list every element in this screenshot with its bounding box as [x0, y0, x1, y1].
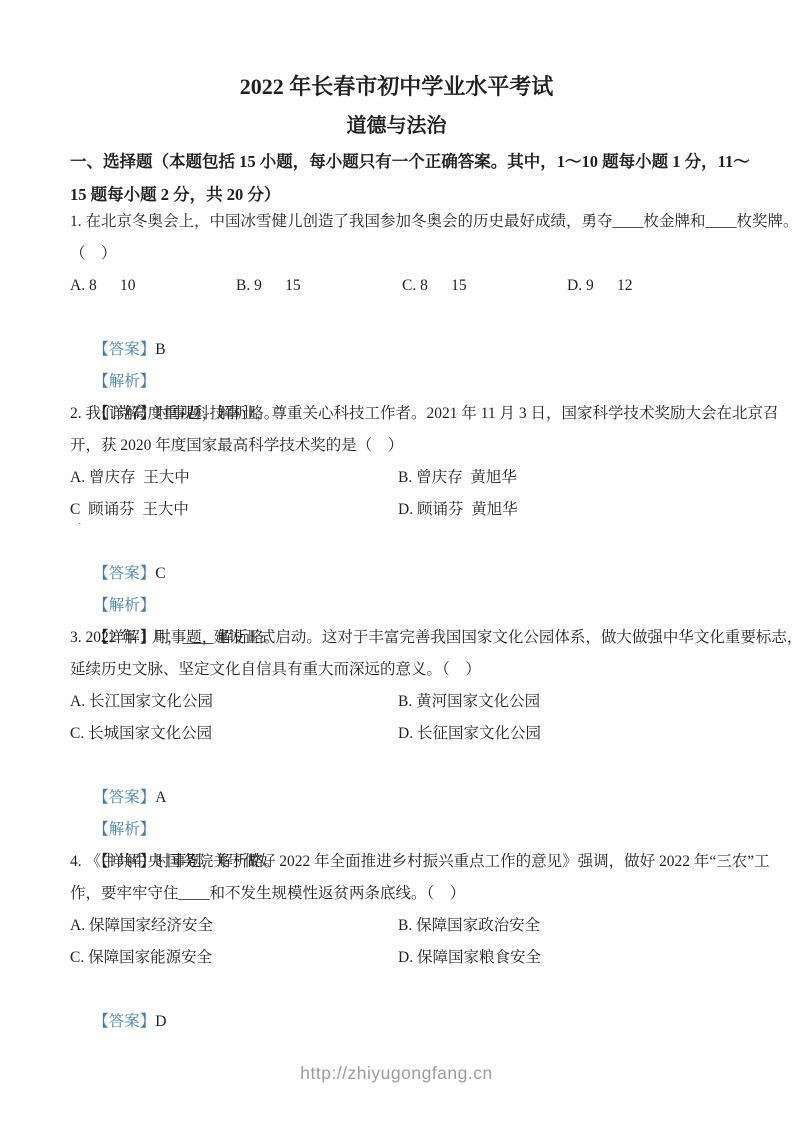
question-3-analysis-line: 【解析】	[70, 782, 725, 814]
question-4-stem-cont: 作，要牢牢守住____和不发生规模性返贫两条底线。（ ）	[70, 878, 725, 910]
question-4-option-b: B. 保障国家政治安全	[398, 910, 540, 942]
question-2-detail-line: 【详解】时事题，解析略。	[70, 590, 725, 622]
question-4-option-d: D. 保障国家粮食安全	[398, 942, 541, 974]
question-2-option-a: A. 曾庆存 王大中	[70, 462, 190, 494]
question-1-options-row: A. 8 10 B. 9 15 C. 8 15 D. 9 12	[70, 270, 725, 302]
questions-content: 1. 在北京冬奥会上，中国冰雪健儿创造了我国参加冬奥会的历史最好成绩，勇夺___…	[70, 206, 725, 1006]
section-heading: 一、选择题（本题包括 15 小题，每小题只有一个正确答案。其中，1～10 题每小…	[70, 145, 730, 211]
question-2-options-row-2: C 顾诵芬 王大中ˏ D. 顾诵芬 黄旭华	[70, 494, 725, 526]
exam-document-page: 2022 年长春市初中学业水平考试 道德与法治 一、选择题（本题包括 15 小题…	[0, 0, 793, 1122]
question-4-options-row-1: A. 保障国家经济安全 B. 保障国家政治安全	[70, 910, 725, 942]
question-4-stem: 4. 《中共中央 国务院关于做好 2022 年全面推进乡村振兴重点工作的意见》强…	[70, 846, 725, 878]
question-4-options-row-2: C. 保障国家能源安全 D. 保障国家粮食安全	[70, 942, 725, 974]
question-4-answer-line: 【答案】D	[70, 974, 725, 1006]
question-2-option-b: B. 曾庆存 黄旭华	[398, 462, 517, 494]
question-1-option-d: D. 9 12	[567, 270, 632, 302]
watermark-url: http://zhiyugongfang.cn	[0, 1063, 793, 1084]
stray-mark: ˏ	[78, 515, 81, 525]
question-1-stem-cont: （ ）	[70, 238, 725, 270]
question-2-option-c: C 顾诵芬 王大中ˏ	[70, 494, 189, 526]
question-2-answer-line: 【答案】C	[70, 526, 725, 558]
answer-label: 【答案】	[93, 1013, 155, 1030]
question-3-answer-line: 【答案】A	[70, 750, 725, 782]
question-4-option-a: A. 保障国家经济安全	[70, 910, 213, 942]
question-3-option-c: C. 长城国家文化公园	[70, 718, 212, 750]
question-1-detail-line: 【详解】时事题，解析略。	[70, 366, 725, 398]
question-3-options-row-1: A. 长江国家文化公园 B. 黄河国家文化公园	[70, 686, 725, 718]
question-2-option-d: D. 顾诵芬 黄旭华	[398, 494, 518, 526]
question-3-option-b: B. 黄河国家文化公园	[398, 686, 540, 718]
question-2-analysis-line: 【解析】	[70, 558, 725, 590]
section-heading-line-1: 一、选择题（本题包括 15 小题，每小题只有一个正确答案。其中，1～10 题每小…	[70, 145, 730, 178]
question-1-option-a: A. 8 10	[70, 270, 135, 302]
question-1-stem: 1. 在北京冬奥会上，中国冰雪健儿创造了我国参加冬奥会的历史最好成绩，勇夺___…	[70, 206, 725, 238]
question-4-answer-value: D	[155, 1013, 166, 1030]
question-1-answer-line: 【答案】B	[70, 302, 725, 334]
question-3-stem: 3. 2022 年 1 月，____建设正式启动。这对于丰富完善我国国家文化公园…	[70, 622, 725, 654]
question-1-option-c: C. 8 15	[402, 270, 467, 302]
question-1-analysis-line: 【解析】	[70, 334, 725, 366]
question-3-detail-line: 【详解】时事题，解析略。	[70, 814, 725, 846]
question-3-option-a: A. 长江国家文化公园	[70, 686, 213, 718]
question-3-stem-cont: 延续历史文脉、坚定文化自信具有重大而深远的意义。（ ）	[70, 654, 725, 686]
document-title: 2022 年长春市初中学业水平考试	[0, 70, 793, 104]
question-2-stem-cont: 开，获 2020 年度国家最高科学技术奖的是（ ）	[70, 430, 725, 462]
document-subtitle: 道德与法治	[0, 109, 793, 143]
question-2-stem: 2. 我们党高度重视科技事业，尊重关心科技工作者。2021 年 11 月 3 日…	[70, 398, 725, 430]
question-2-options-row-1: A. 曾庆存 王大中 B. 曾庆存 黄旭华	[70, 462, 725, 494]
question-1-option-b: B. 9 15	[236, 270, 301, 302]
question-4-option-c: C. 保障国家能源安全	[70, 942, 212, 974]
question-3-option-d: D. 长征国家文化公园	[398, 718, 541, 750]
question-3-options-row-2: C. 长城国家文化公园 D. 长征国家文化公园	[70, 718, 725, 750]
